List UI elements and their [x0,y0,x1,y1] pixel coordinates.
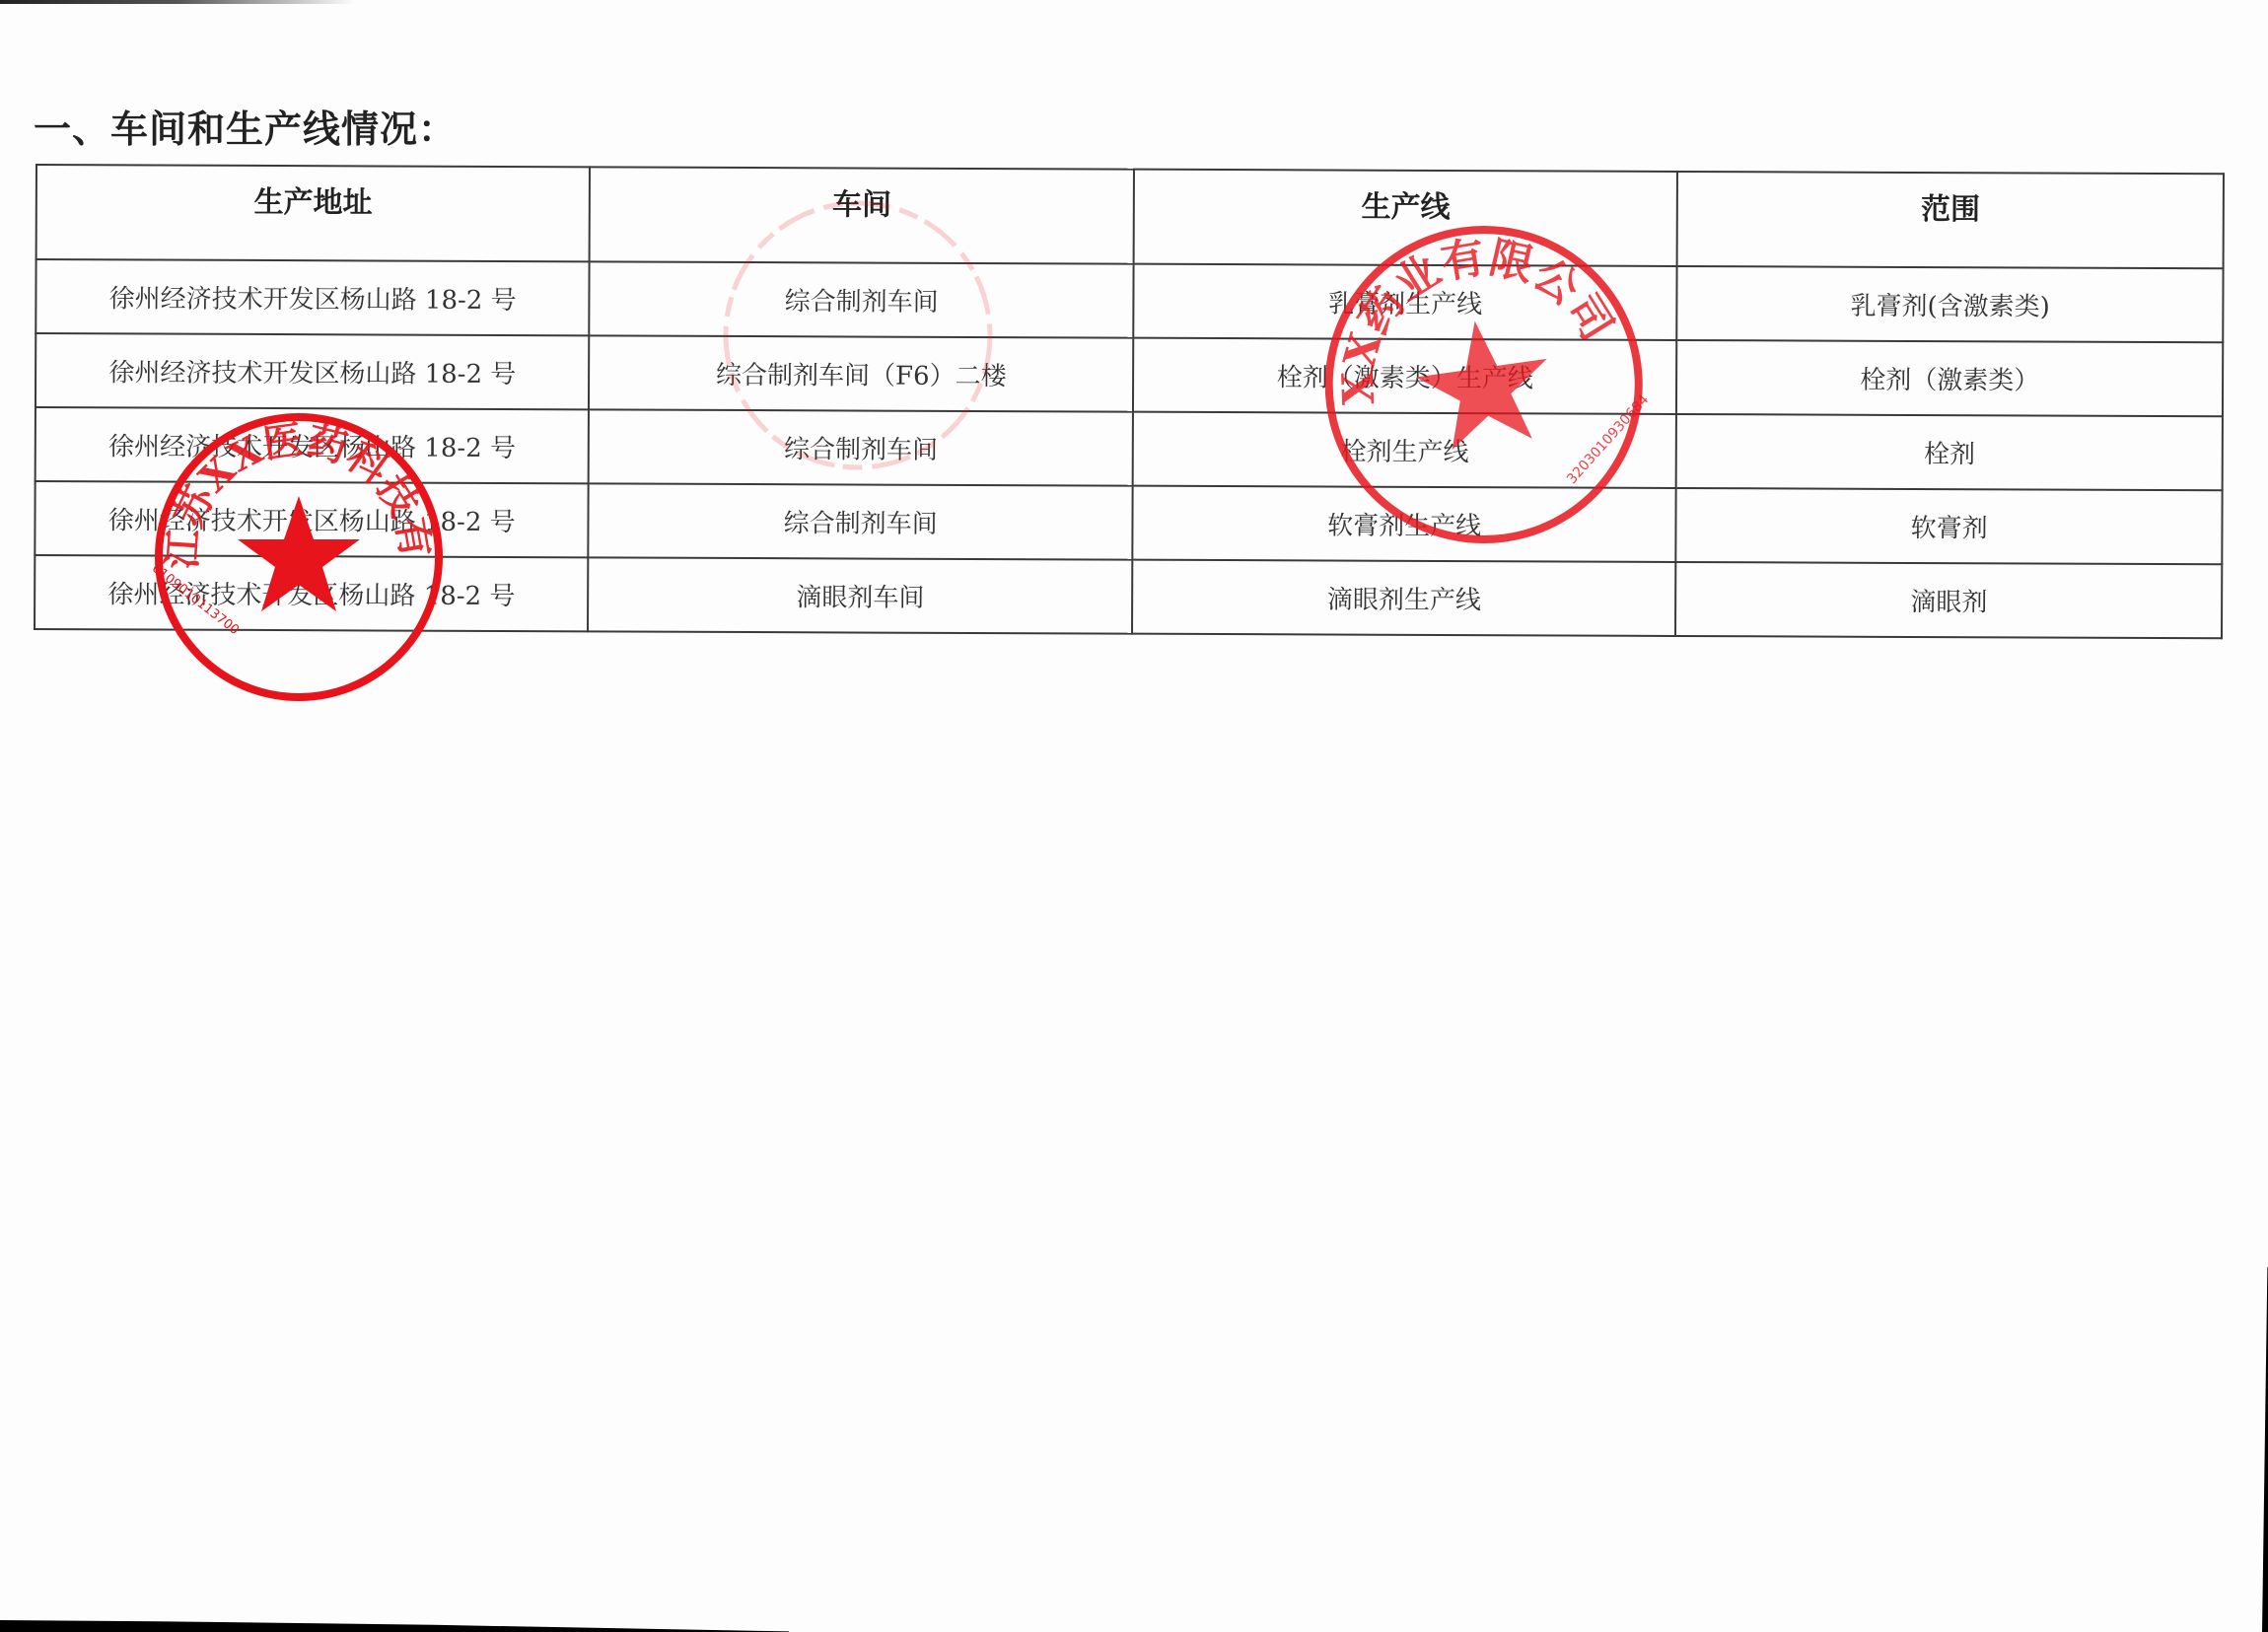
cell-workshop: 综合制剂车间 [589,483,1133,559]
cell-scope: 栓剂（激素类） [1676,340,2223,416]
scan-edge-top [0,0,355,4]
cell-production-line: 滴眼剂生产线 [1132,560,1676,636]
table-row: 徐州经济技术开发区杨山路 18-2 号 综合制剂车间（F6）二楼 栓剂（激素类）… [35,333,2223,416]
production-lines-table: 生产地址 车间 生产线 范围 徐州经济技术开发区杨山路 18-2 号 综合制剂车… [34,164,2225,639]
cell-scope: 栓剂 [1676,414,2223,490]
table-row: 徐州经济技术开发区杨山路 18-2 号 滴眼剂车间 滴眼剂生产线 滴眼剂 [35,555,2222,638]
cell-workshop: 综合制剂车间 [589,409,1133,485]
scan-edge-right [2262,1267,2268,1632]
header-scope: 范围 [1677,172,2224,268]
cell-production-line: 栓剂（激素类）生产线 [1133,338,1677,414]
cell-address: 徐州经济技术开发区杨山路 18-2 号 [35,407,590,483]
scan-edge-bottom [0,1620,789,1632]
cell-production-line: 栓剂生产线 [1133,412,1677,488]
table-row: 徐州经济技术开发区杨山路 18-2 号 综合制剂车间 乳膏剂生产线 乳膏剂(含激… [35,259,2223,342]
cell-production-line: 软膏剂生产线 [1132,486,1676,562]
cell-production-line: 乳膏剂生产线 [1133,264,1677,340]
cell-scope: 滴眼剂 [1675,562,2222,638]
cell-address: 徐州经济技术开发区杨山路 18-2 号 [35,333,590,409]
cell-workshop: 综合制剂车间 [590,261,1134,337]
cell-workshop: 综合制剂车间（F6）二楼 [589,335,1133,411]
header-address: 生产地址 [36,165,591,261]
header-production-line: 生产线 [1134,170,1678,266]
section-title: 一、车间和生产线情况： [34,99,457,153]
cell-address: 徐州经济技术开发区杨山路 18-2 号 [35,481,589,557]
cell-address: 徐州经济技术开发区杨山路 18-2 号 [35,259,590,335]
cell-scope: 软膏剂 [1676,488,2223,564]
table-row: 徐州经济技术开发区杨山路 18-2 号 综合制剂车间 软膏剂生产线 软膏剂 [35,481,2222,564]
table-row: 徐州经济技术开发区杨山路 18-2 号 综合制剂车间 栓剂生产线 栓剂 [35,407,2223,490]
header-workshop: 车间 [590,167,1134,263]
cell-address: 徐州经济技术开发区杨山路 18-2 号 [35,555,589,631]
cell-workshop: 滴眼剂车间 [588,557,1132,633]
cell-scope: 乳膏剂(含激素类) [1677,266,2224,342]
table-header-row: 生产地址 车间 生产线 范围 [36,165,2224,268]
